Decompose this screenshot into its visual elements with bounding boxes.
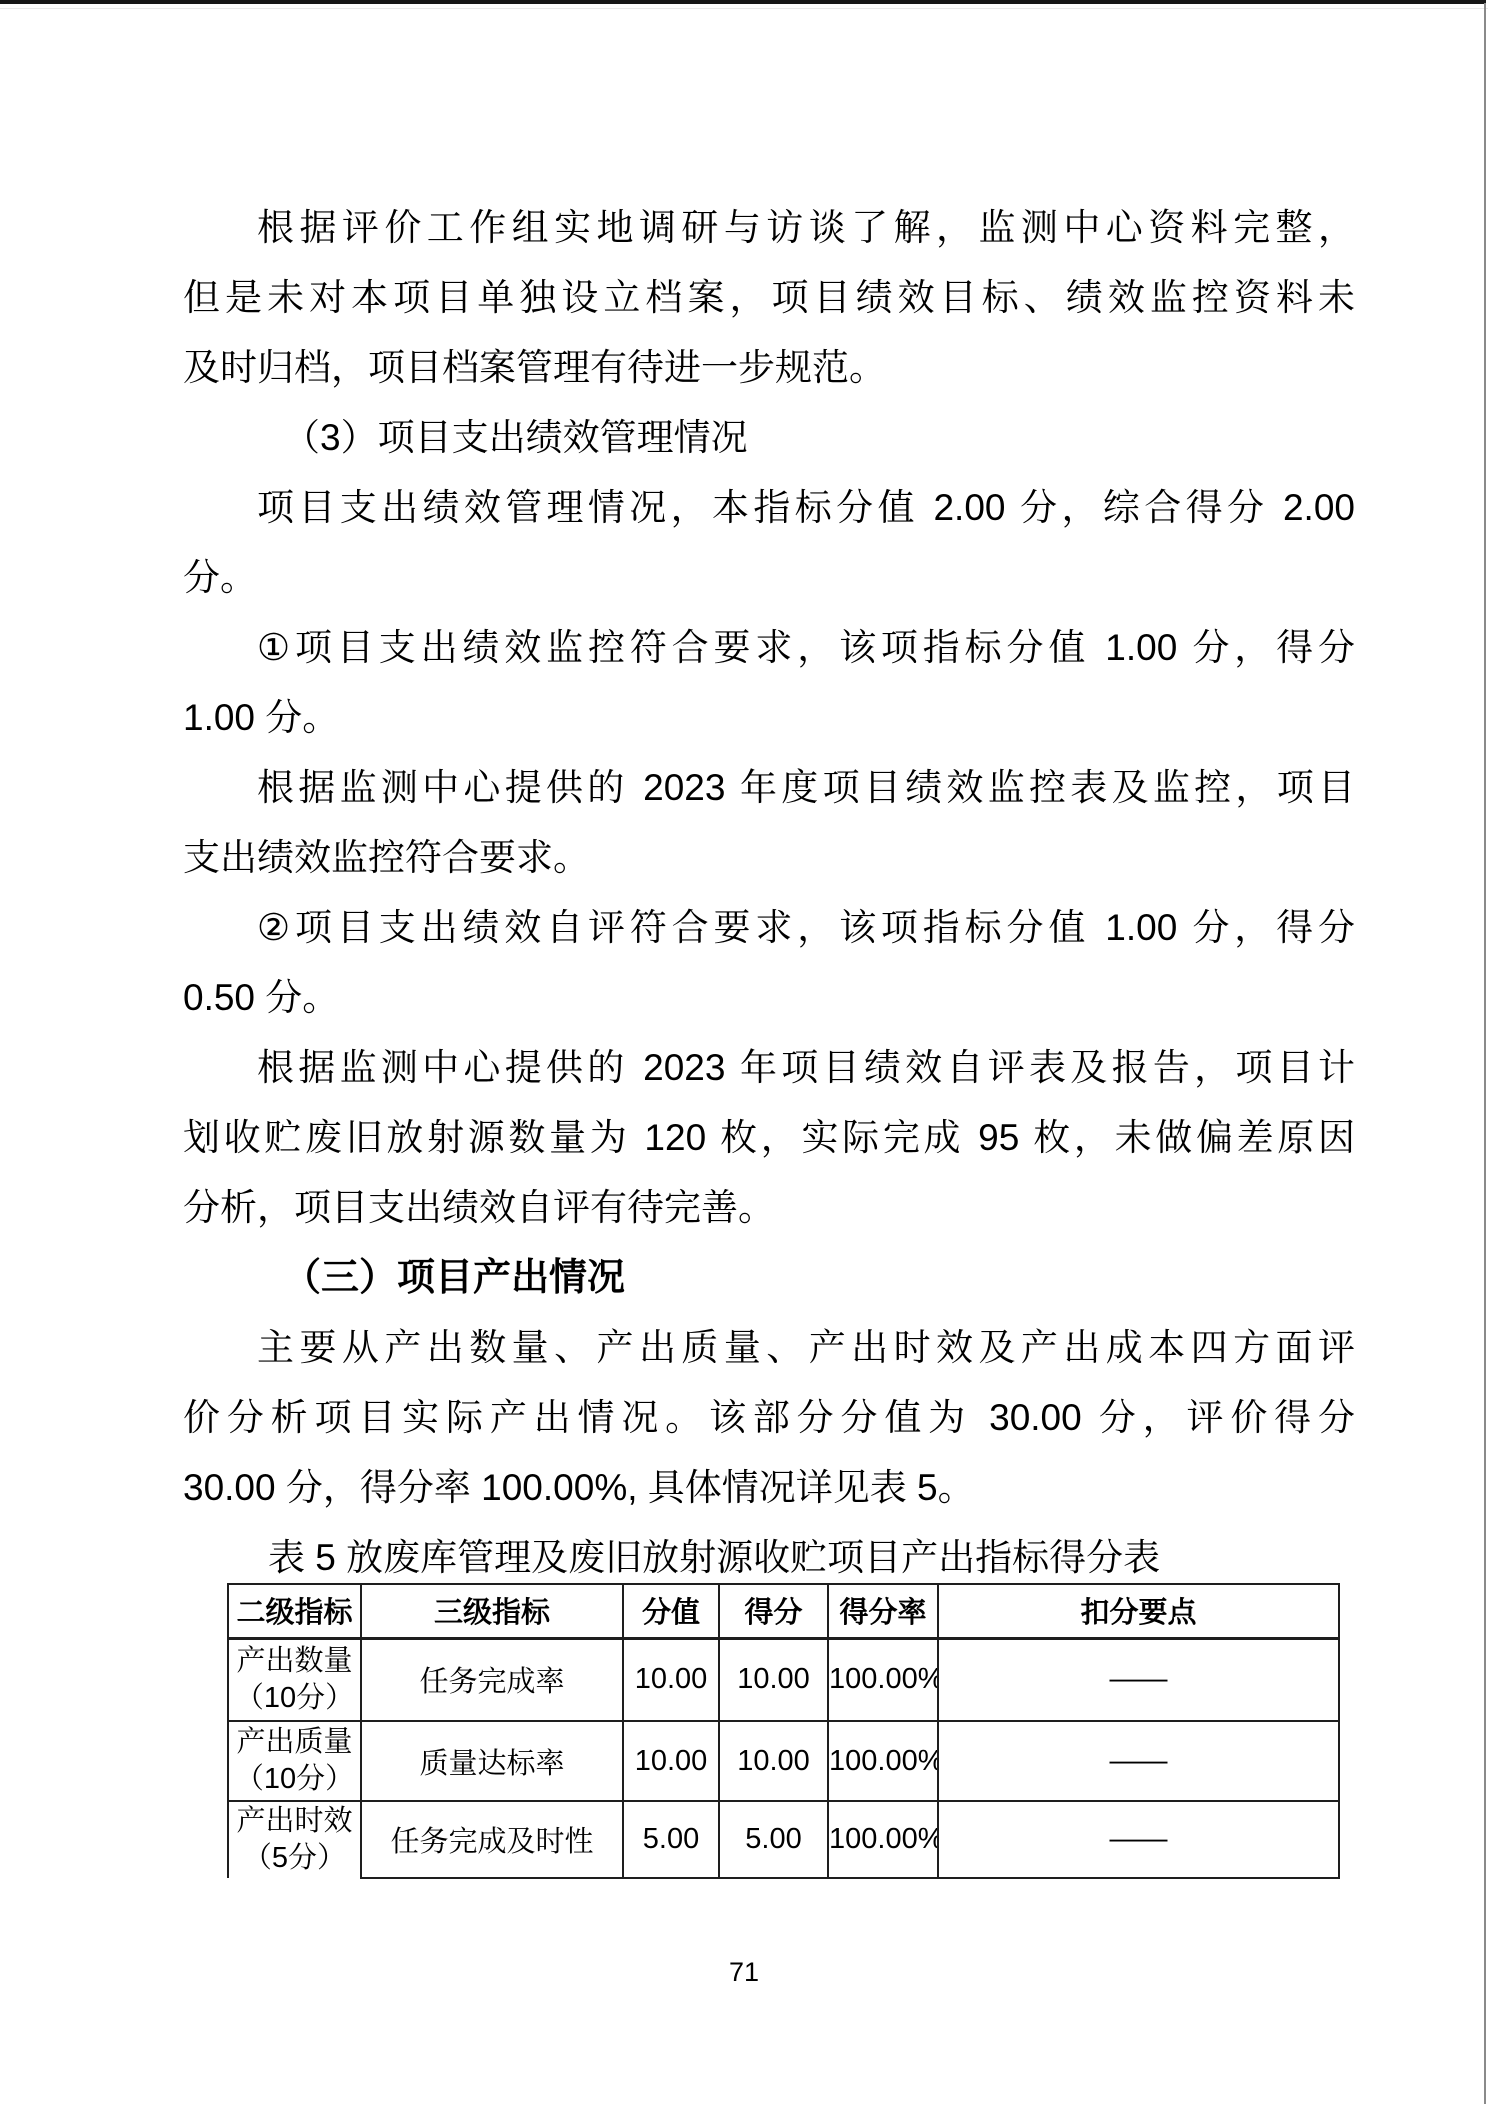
cell-level3: 质量达标率 bbox=[361, 1721, 623, 1801]
table-row: 产出质量 （10分） 质量达标率 10.00 10.00 100.00% —— bbox=[228, 1721, 1339, 1801]
cell-level2: 产出时效 （5分） bbox=[228, 1801, 361, 1878]
paragraph-line: 项目支出绩效管理情况，本指标分值 2.00 分，综合得分 2.00 bbox=[183, 473, 1355, 543]
level2-label: 产出时效 bbox=[229, 1803, 360, 1840]
paragraph-line: 但是未对本项目单独设立档案，项目绩效目标、绩效监控资料未 bbox=[183, 263, 1355, 333]
column-header-value: 分值 bbox=[623, 1584, 719, 1638]
paragraph-line: 根据监测中心提供的 2023 年度项目绩效监控表及监控，项目 bbox=[183, 753, 1355, 823]
column-header-level2: 二级指标 bbox=[228, 1584, 361, 1638]
table-row: 产出时效 （5分） 任务完成及时性 5.00 5.00 100.00% —— bbox=[228, 1801, 1339, 1878]
cell-deduction: —— bbox=[938, 1801, 1339, 1878]
page-number: 71 bbox=[0, 1952, 1488, 1992]
cell-value: 5.00 bbox=[623, 1801, 719, 1878]
score-table: 二级指标 三级指标 分值 得分 得分率 扣分要点 产出数量 （10分） 任务完成… bbox=[227, 1583, 1340, 1879]
cell-score: 5.00 bbox=[719, 1801, 828, 1878]
cell-deduction: —— bbox=[938, 1721, 1339, 1801]
text-block: 根据评价工作组实地调研与访谈了解，监测中心资料完整， 但是未对本项目单独设立档案… bbox=[183, 193, 1355, 1593]
cell-level3: 任务完成率 bbox=[361, 1638, 623, 1721]
level2-sub: （10分） bbox=[229, 1761, 360, 1798]
cell-level2: 产出质量 （10分） bbox=[228, 1721, 361, 1801]
paragraph-line: 0.50 分。 bbox=[183, 963, 1355, 1033]
paragraph-line: ①项目支出绩效监控符合要求，该项指标分值 1.00 分，得分 bbox=[183, 613, 1355, 683]
cell-rate: 100.00% bbox=[828, 1801, 938, 1878]
table-header-row: 二级指标 三级指标 分值 得分 得分率 扣分要点 bbox=[228, 1584, 1339, 1638]
paragraph-line: ②项目支出绩效自评符合要求，该项指标分值 1.00 分，得分 bbox=[183, 893, 1355, 963]
cell-rate: 100.00% bbox=[828, 1638, 938, 1721]
column-header-rate: 得分率 bbox=[828, 1584, 938, 1638]
document-page: { "document": { "lines": [ "根据评价工作组实地调研与… bbox=[0, 0, 1488, 2104]
paragraph-line: 分析，项目支出绩效自评有待完善。 bbox=[183, 1173, 1355, 1243]
cell-score: 10.00 bbox=[719, 1721, 828, 1801]
cell-value: 10.00 bbox=[623, 1721, 719, 1801]
cell-level3: 任务完成及时性 bbox=[361, 1801, 623, 1878]
paragraph-line: 30.00 分，得分率 100.00%, 具体情况详见表 5。 bbox=[183, 1453, 1355, 1523]
cell-value: 10.00 bbox=[623, 1638, 719, 1721]
cell-rate: 100.00% bbox=[828, 1721, 938, 1801]
paragraph-line: 价分析项目实际产出情况。该部分分值为 30.00 分，评价得分 bbox=[183, 1383, 1355, 1453]
level2-label: 产出质量 bbox=[229, 1724, 360, 1761]
paragraph-line: 及时归档，项目档案管理有待进一步规范。 bbox=[183, 333, 1355, 403]
column-header-level3: 三级指标 bbox=[361, 1584, 623, 1638]
cell-deduction: —— bbox=[938, 1638, 1339, 1721]
paragraph-line: 1.00 分。 bbox=[183, 683, 1355, 753]
subheading-3: （3）项目支出绩效管理情况 bbox=[183, 403, 1355, 473]
column-header-deduction: 扣分要点 bbox=[938, 1584, 1339, 1638]
paragraph-line: 支出绩效监控符合要求。 bbox=[183, 823, 1355, 893]
cell-level2: 产出数量 （10分） bbox=[228, 1638, 361, 1721]
paragraph-line: 根据监测中心提供的 2023 年项目绩效自评表及报告，项目计 bbox=[183, 1033, 1355, 1103]
paragraph-line: 主要从产出数量、产出质量、产出时效及产出成本四方面评 bbox=[183, 1313, 1355, 1383]
page-right-edge bbox=[1484, 3, 1486, 2104]
paragraph-line: 根据评价工作组实地调研与访谈了解，监测中心资料完整， bbox=[183, 193, 1355, 263]
page-top-shadow bbox=[0, 8, 1488, 9]
section-heading: （三）项目产出情况 bbox=[183, 1243, 1355, 1313]
level2-sub: （10分） bbox=[229, 1680, 360, 1717]
paragraph-line: 划收贮废旧放射源数量为 120 枚，实际完成 95 枚，未做偏差原因 bbox=[183, 1103, 1355, 1173]
cell-score: 10.00 bbox=[719, 1638, 828, 1721]
level2-sub: （5分） bbox=[229, 1840, 360, 1877]
level2-label: 产出数量 bbox=[229, 1643, 360, 1680]
column-header-score: 得分 bbox=[719, 1584, 828, 1638]
paragraph-line: 分。 bbox=[183, 543, 1355, 613]
table-row: 产出数量 （10分） 任务完成率 10.00 10.00 100.00% —— bbox=[228, 1638, 1339, 1721]
page-top-edge bbox=[0, 0, 1486, 4]
